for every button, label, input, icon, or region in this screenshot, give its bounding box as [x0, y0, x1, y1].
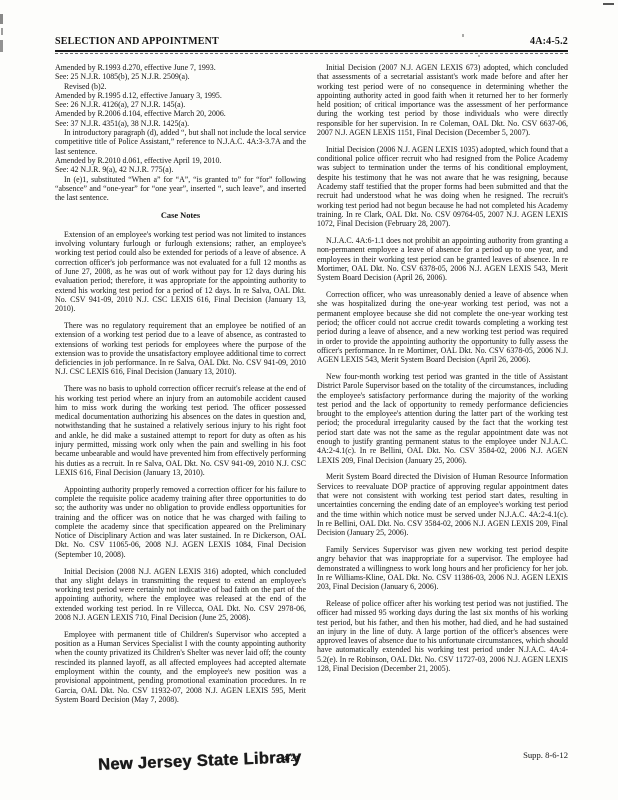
case-note: Release of police officer after his work…: [317, 599, 568, 673]
left-column: Amended by R.1993 d.270, effective June …: [55, 63, 306, 704]
scan-artifact: [0, 40, 3, 52]
scan-artifact: [0, 14, 3, 24]
history-line: See: 25 N.J.R. 1085(b), 25 N.J.R. 2509(a…: [55, 72, 306, 81]
scan-artifact: [462, 34, 464, 37]
document-page: SELECTION AND APPOINTMENT 4A:4-5.2 Amend…: [0, 0, 618, 800]
case-note: Initial Decision (2008 N.J. AGEN LEXIS 3…: [55, 567, 306, 623]
supplement-date: Supp. 8-6-12: [523, 750, 568, 760]
case-note: There was no basis to uphold correction …: [55, 384, 306, 477]
history-line: Amended by R.2006 d.104, effective March…: [55, 109, 306, 118]
case-note: N.J.A.C. 4A:6-1.1 does not prohibit an a…: [317, 236, 568, 282]
header-rule: [55, 53, 568, 54]
library-stamp: New Jersey State Library: [98, 748, 302, 775]
case-note: Extension of an employee's working test …: [55, 230, 306, 314]
amendment-history: Amended by R.1993 d.270, effective June …: [55, 63, 306, 202]
case-note: New four-month working test period was g…: [317, 372, 568, 465]
history-line: Amended by R.1995 d.12, effective Januar…: [55, 91, 306, 100]
history-note: In (e)1, substituted “When a” for “A”, “…: [55, 175, 306, 203]
case-note: Family Services Supervisor was given new…: [317, 545, 568, 591]
case-note: There was no regulatory requirement that…: [55, 321, 306, 377]
page-header: SELECTION AND APPOINTMENT 4A:4-5.2: [55, 36, 568, 52]
section-number: 4A:4-5.2: [530, 36, 568, 47]
case-note: Correction officer, who was unreasonably…: [317, 290, 568, 364]
scan-artifact: [478, 55, 480, 57]
case-notes-heading: Case Notes: [55, 211, 306, 220]
history-line: Amended by R.2010 d.061, effective April…: [55, 156, 306, 165]
case-note: Initial Decision (2007 N.J. AGEN LEXIS 6…: [317, 63, 568, 137]
history-line: Revised (b)2.: [55, 82, 306, 91]
case-note: Employee with permanent title of Childre…: [55, 630, 306, 704]
history-note: In introductory paragraph (d), added “, …: [55, 128, 306, 156]
history-line: See: 42 N.J.R. 9(a), 42 N.J.R. 775(a).: [55, 165, 306, 174]
case-note: Appointing authority properly removed a …: [55, 485, 306, 559]
scan-artifact: [1, 28, 3, 35]
history-line: Amended by R.1993 d.270, effective June …: [55, 63, 306, 72]
history-line: See: 26 N.J.R. 4126(a), 27 N.J.R. 145(a)…: [55, 100, 306, 109]
scan-artifact: [603, 3, 614, 5]
running-head-title: SELECTION AND APPOINTMENT: [55, 36, 219, 47]
two-column-body: Amended by R.1993 d.270, effective June …: [55, 63, 568, 704]
page-number: 4-21: [283, 753, 300, 763]
case-note: Merit System Board directed the Division…: [317, 472, 568, 537]
case-note: Initial Decision (2006 N.J. AGEN LEXIS 1…: [317, 145, 568, 229]
history-line: See: 37 N.J.R. 4351(a), 38 N.J.R. 1425(a…: [55, 119, 306, 128]
right-column: Initial Decision (2007 N.J. AGEN LEXIS 6…: [317, 63, 568, 704]
